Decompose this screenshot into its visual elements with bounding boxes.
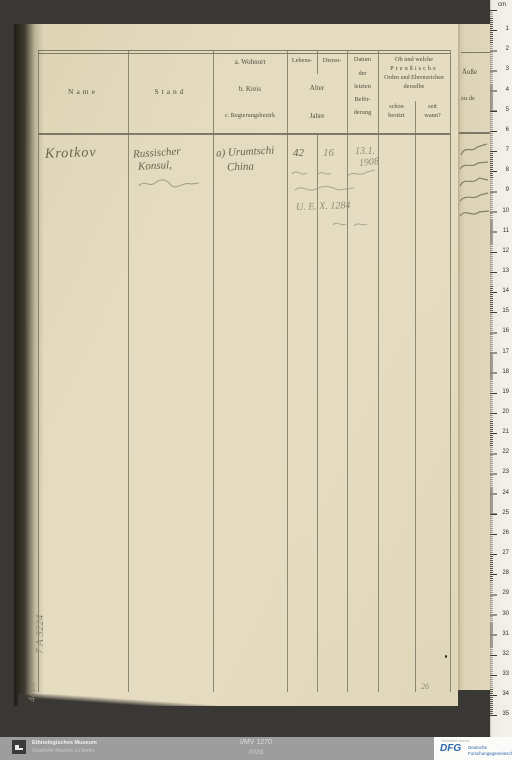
next-page-top-rule	[461, 52, 490, 53]
ruler-number: 24	[495, 490, 509, 496]
row-datum-line1: 13.1.	[355, 146, 375, 157]
header-wohnort-c: c. Regierungsbezirk	[213, 112, 287, 120]
header-name: Name	[38, 88, 128, 96]
ruler-number: 2	[495, 46, 509, 52]
ruler-number: 10	[495, 208, 509, 214]
museum-logo	[12, 740, 26, 754]
next-page-handwriting-5	[458, 206, 490, 220]
ruler-number: 1	[495, 26, 509, 32]
next-page-header-rule	[459, 132, 490, 134]
ruler-number: 11	[495, 228, 509, 234]
next-page-edge	[458, 24, 490, 690]
ruler-number: 35	[495, 711, 509, 717]
ruler-number: 21	[495, 429, 509, 435]
margin-lower-number: 4416	[28, 660, 38, 702]
ruler-number: 26	[495, 530, 509, 536]
ruler-number: 28	[495, 570, 509, 576]
next-page-printed-1: Äuße	[462, 68, 492, 76]
museum-name: Ethnologisches Museum	[32, 740, 97, 746]
footer-page-number: 0028	[206, 749, 306, 756]
ruler-number: 23	[495, 469, 509, 475]
col-divider-lebens-dienst-body	[317, 133, 318, 692]
header-stand: Stand	[128, 88, 213, 96]
ruler-number: 32	[495, 651, 509, 657]
ruler-number: 13	[495, 268, 509, 274]
main-page-sheet	[18, 24, 458, 706]
ruler-number: 17	[495, 349, 509, 355]
row-dienstalter: 16	[323, 147, 334, 159]
ruler-number: 22	[495, 449, 509, 455]
museum-subtitle: Staatliche Museen zu Berlin	[32, 748, 94, 754]
margin-inventory-number: 7 A 3224	[34, 572, 46, 654]
dfg-logo-text: DFG	[440, 743, 461, 754]
header-lebens: Lebens-	[287, 57, 317, 65]
dfg-name-line2: Forschungsgemeinschaft	[468, 751, 512, 756]
footer-reference: I/MV 1270	[206, 739, 306, 746]
pencil-scrawl-note-3	[330, 218, 370, 230]
ruler-number: 16	[495, 328, 509, 334]
ruler-numbers: 1234567891011121314151617181920212223242…	[490, 0, 512, 737]
ruler-number: 34	[495, 691, 509, 697]
header-wohnort-a: a. Wohnort	[213, 58, 287, 66]
ruler-number: 12	[495, 248, 509, 254]
col-divider-name-stand	[128, 50, 129, 692]
dfg-name-line1: Deutsche	[468, 745, 487, 750]
ruler-number: 19	[495, 389, 509, 395]
row-name: Krotkov	[45, 145, 97, 163]
ruler-number: 20	[495, 409, 509, 415]
header-seit: seit	[415, 103, 450, 111]
header-orden-1: Ob und welche	[378, 56, 450, 64]
ruler-number: 29	[495, 590, 509, 596]
ruler-number: 30	[495, 611, 509, 617]
page-corner-shadow	[18, 694, 218, 708]
ruler-number: 27	[495, 550, 509, 556]
next-page-handwriting-1	[459, 142, 490, 158]
table-border-right	[450, 50, 451, 692]
pencil-scrawl-note-1	[289, 165, 379, 183]
header-datum-5: derung	[347, 109, 378, 117]
ruler-number: 33	[495, 671, 509, 677]
next-page-handwriting-4	[458, 190, 490, 204]
museum-logo-glyph	[12, 740, 26, 754]
header-datum-4: Beför-	[347, 96, 378, 104]
header-dienst: Dienst-	[317, 57, 347, 65]
header-besitzt: besitzt	[378, 112, 415, 120]
next-page-handwriting-2	[458, 158, 490, 172]
col-divider-stand-wohnort	[213, 50, 214, 692]
ruler-number: 8	[495, 167, 509, 173]
ruler-number: 7	[495, 147, 509, 153]
header-schon: schon	[378, 103, 415, 111]
ruler-number: 18	[495, 369, 509, 375]
ruler-number: 6	[495, 127, 509, 133]
page-pencil-number: 26	[421, 682, 429, 691]
paper-speck-3	[445, 655, 447, 658]
header-orden-2: Preußische	[378, 65, 450, 73]
col-divider-datum-orden	[378, 50, 379, 692]
row-pencil-note: U. E. X. 1284	[296, 200, 351, 213]
row-stand-line2: Konsul,	[138, 159, 173, 173]
col-divider-wohnort-alter	[287, 50, 288, 692]
header-alter: Alter	[287, 84, 347, 92]
ruler-number: 4	[495, 87, 509, 93]
next-page-printed-2: zu de	[461, 95, 491, 103]
col-divider-schon-seit	[415, 101, 416, 692]
ruler-number: 5	[495, 107, 509, 113]
ruler-number: 9	[495, 187, 509, 193]
header-datum-2: der	[347, 70, 378, 78]
table-header-bottom-rule	[38, 133, 450, 135]
row-wohnort-line2: China	[227, 161, 254, 174]
header-orden-4: derselbe	[378, 83, 450, 91]
header-datum-1: Datum	[347, 56, 378, 64]
scanned-document-page: Name Stand a. Wohnort b. Kreis c. Regier…	[0, 0, 512, 760]
table-top-rule-2	[38, 53, 450, 54]
ruler-number: 3	[495, 66, 509, 72]
ruler-number: 14	[495, 288, 509, 294]
header-orden-3: Orden und Ehrenzeichen	[378, 74, 450, 82]
header-datum-3: letzten	[347, 83, 378, 91]
pencil-scrawl-note-2	[292, 182, 362, 196]
header-jahre: Jahre	[287, 112, 347, 120]
header-wohnort-b: b. Kreis	[213, 85, 287, 93]
ruler-number: 15	[495, 308, 509, 314]
next-page-handwriting-3	[458, 174, 490, 188]
row-lebensalter: 42	[293, 147, 304, 159]
header-wann: wann?	[415, 112, 450, 120]
table-top-rule-1	[38, 50, 450, 51]
ruler-number: 25	[495, 510, 509, 516]
col-divider-dienst-datum	[347, 50, 348, 692]
ruler-number: 31	[495, 631, 509, 637]
pencil-scrawl-signature	[136, 176, 202, 192]
